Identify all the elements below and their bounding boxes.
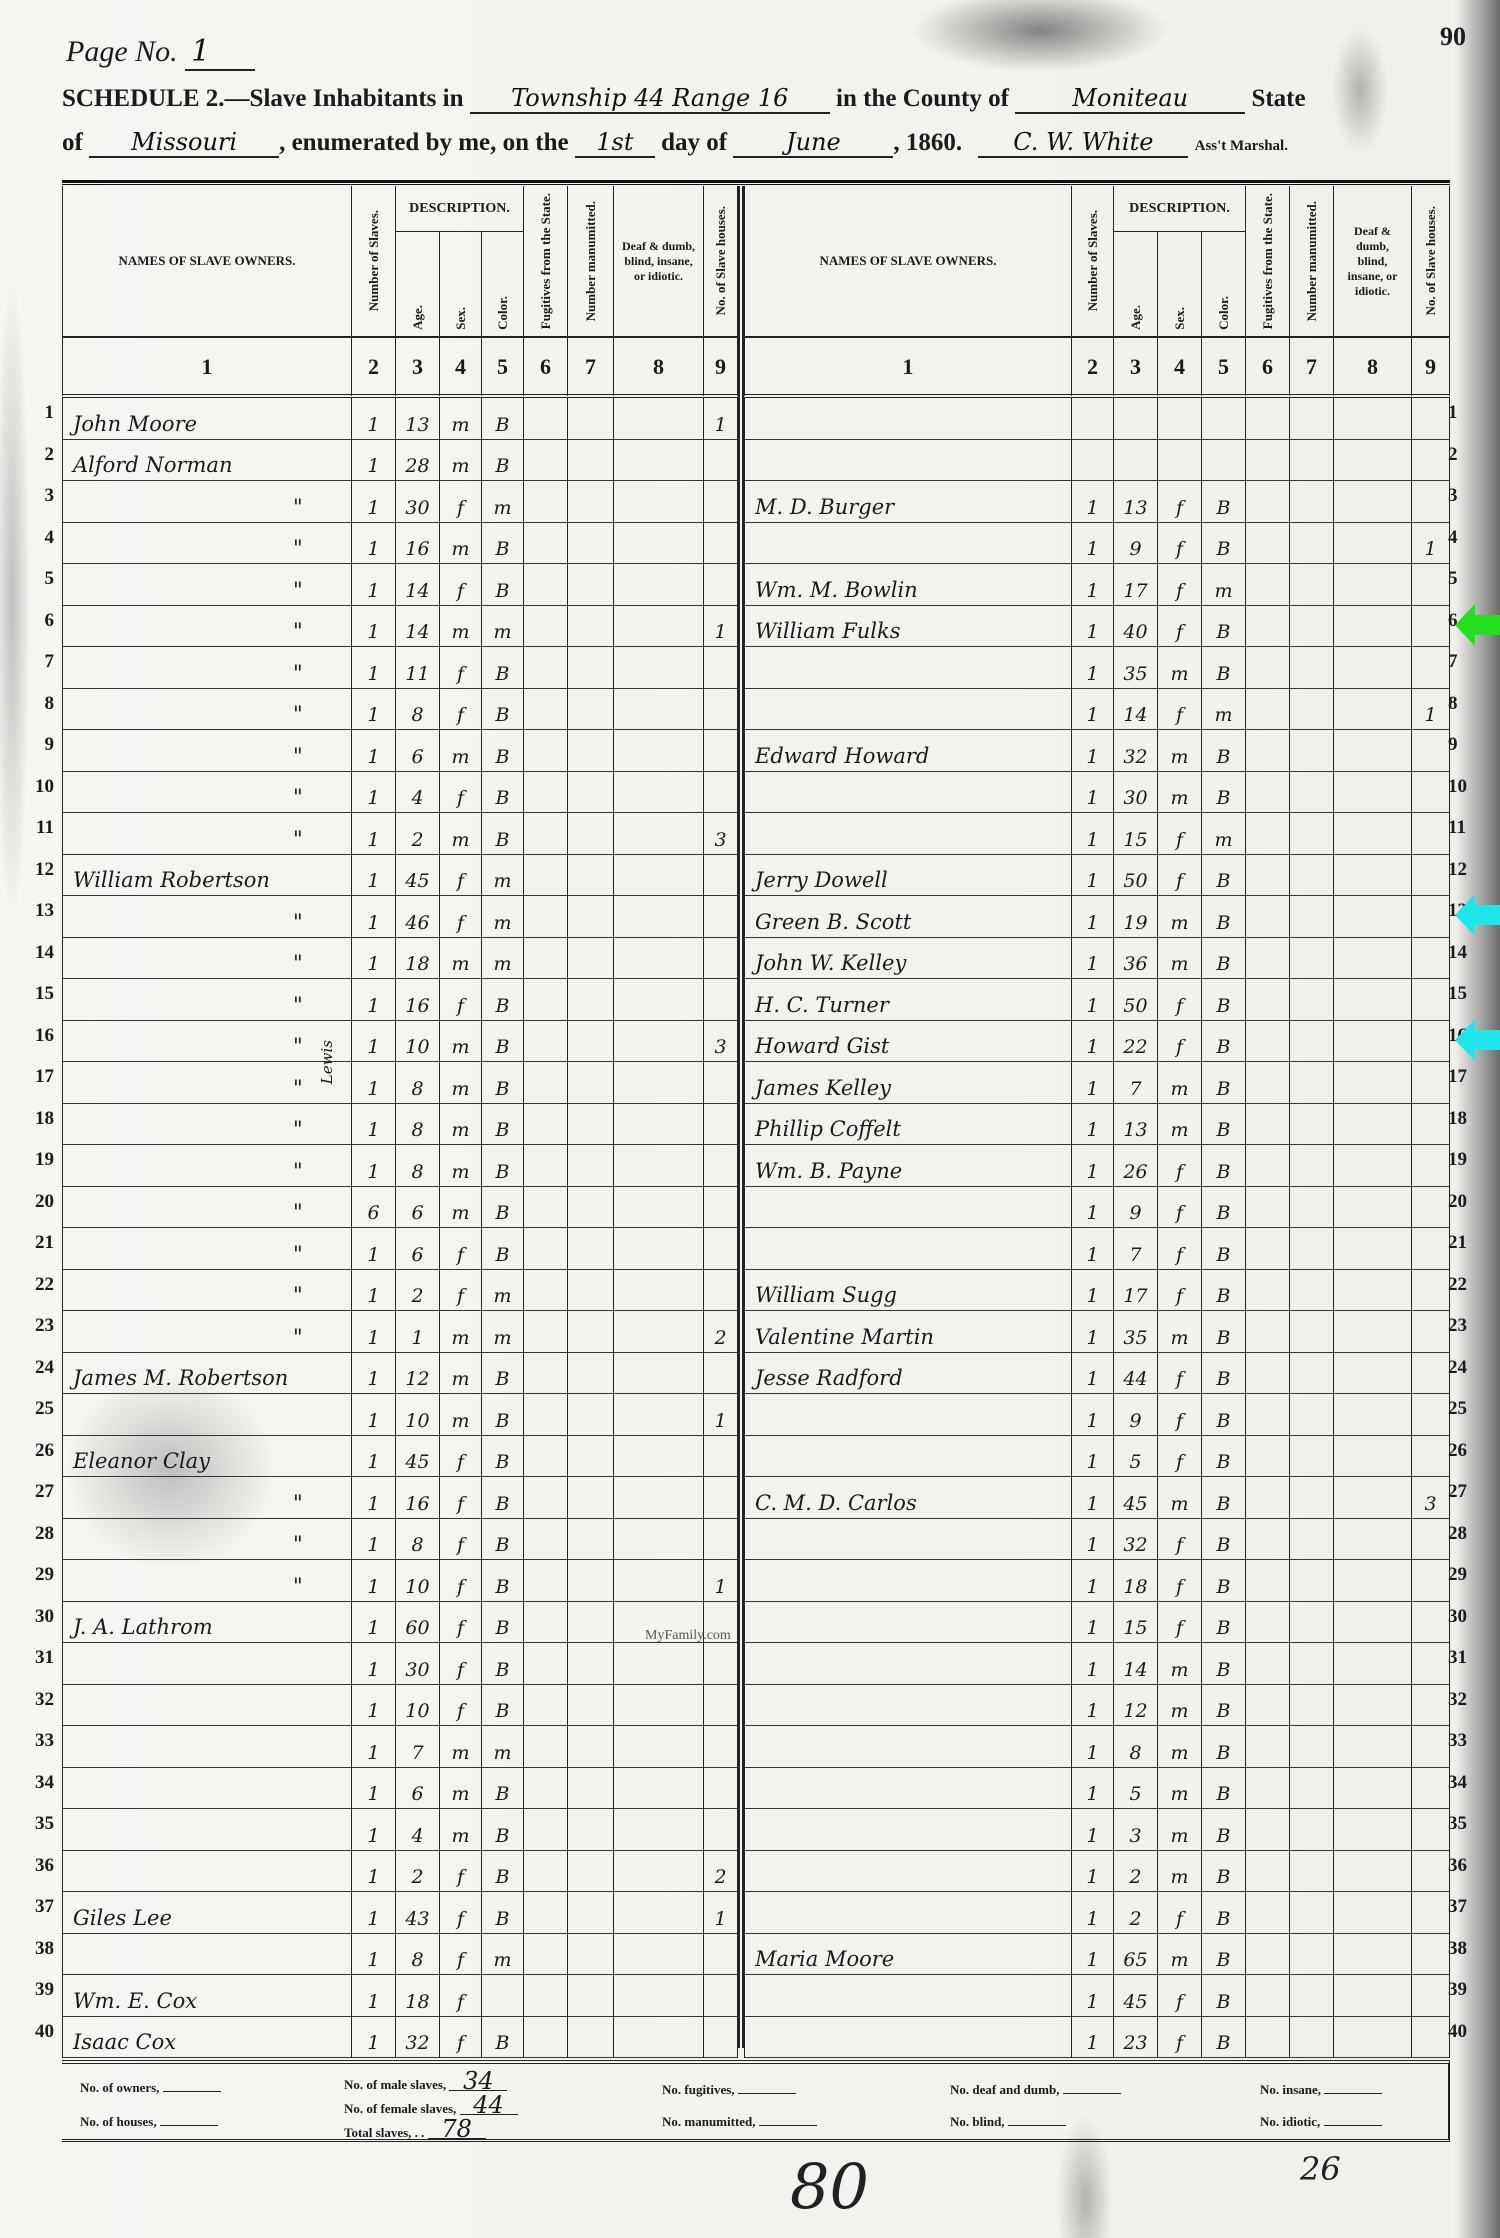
cell-num: 1 <box>1072 1270 1114 1312</box>
cell-houses <box>704 1228 738 1270</box>
header-number-of-slaves-text: Number of Slaves. <box>367 210 381 311</box>
cell-owner <box>744 772 1072 814</box>
header-fugitives: Fugitives from the State. <box>524 186 568 336</box>
cell-sex <box>1158 440 1202 482</box>
cell-houses <box>1412 1311 1450 1353</box>
cell-color: B <box>1202 855 1246 897</box>
cell-num: 1 <box>352 1643 396 1685</box>
cell-num: 1 <box>352 1602 396 1644</box>
cell-houses: 2 <box>704 1311 738 1353</box>
cell-fug <box>1246 1394 1290 1436</box>
header-manumitted: Number manumitted. <box>1290 186 1334 336</box>
cell-fug <box>1246 979 1290 1021</box>
cell-age: 16 <box>396 1477 440 1519</box>
cell-man <box>1290 1892 1334 1934</box>
male-value: 34 <box>449 2072 507 2091</box>
cell-color: B <box>1202 1270 1246 1312</box>
table-row: 19fB <box>744 1394 1450 1436</box>
cell-man <box>1290 1643 1334 1685</box>
cell-houses: 3 <box>1412 1477 1450 1519</box>
line-number-left: 33 <box>16 1730 54 1752</box>
line-number-left: 30 <box>16 1606 54 1628</box>
column-number: 2 <box>352 338 396 396</box>
header-sex-text: Sex. <box>454 307 468 330</box>
table-row: Howard Gist122fB <box>744 1021 1450 1063</box>
cell-houses: 1 <box>1412 523 1450 565</box>
cell-sex: f <box>1158 1602 1202 1644</box>
cell-owner: John W. Kelley <box>744 938 1072 980</box>
cell-sex: m <box>440 1353 482 1395</box>
cell-color: m <box>1202 689 1246 731</box>
cell-fug <box>524 564 568 606</box>
table-row: Phillip Coffelt113mB <box>744 1104 1450 1146</box>
header-fugitives: Fugitives from the State. <box>1246 186 1290 336</box>
page-number: Page No. 1 <box>66 34 255 71</box>
cell-age: 17 <box>1114 564 1158 606</box>
cell-deaf <box>614 564 704 606</box>
cell-num: 1 <box>352 647 396 689</box>
cell-num: 6 <box>352 1187 396 1229</box>
line-number-left: 10 <box>16 776 54 798</box>
cell-num: 1 <box>352 398 396 440</box>
cell-color: m <box>1202 564 1246 606</box>
cell-sex: m <box>440 1768 482 1810</box>
cell-man <box>568 398 614 440</box>
cell-man <box>568 979 614 1021</box>
cell-houses <box>704 689 738 731</box>
table-row: John Moore113mB1 <box>62 398 738 440</box>
cell-num: 1 <box>1072 1353 1114 1395</box>
table-row: "114mm1 <box>62 606 738 648</box>
cell-color <box>1202 440 1246 482</box>
cell-age: 30 <box>396 1643 440 1685</box>
cell-owner <box>62 1726 352 1768</box>
cell-deaf <box>1334 1311 1412 1353</box>
cell-num: 1 <box>1072 1975 1114 2017</box>
cell-owner: William Fulks <box>744 606 1072 648</box>
table-row: Valentine Martin135mB <box>744 1311 1450 1353</box>
cell-deaf <box>1334 564 1412 606</box>
line-number-right: 32 <box>1448 1689 1486 1711</box>
cell-houses <box>1412 1560 1450 1602</box>
cell-owner <box>744 1726 1072 1768</box>
cell-houses <box>1412 2017 1450 2059</box>
header-names: NAMES OF SLAVE OWNERS. <box>744 186 1072 336</box>
line-number-right: 14 <box>1448 942 1486 964</box>
line-number-right: 9 <box>1448 734 1486 756</box>
cell-fug <box>1246 1062 1290 1104</box>
cell-man <box>568 1104 614 1146</box>
table-row: William Fulks140fB <box>744 606 1450 648</box>
header-description: DESCRIPTION. <box>396 186 524 232</box>
cell-man <box>1290 979 1334 1021</box>
cell-color: B <box>482 813 524 855</box>
cell-num: 1 <box>1072 1643 1114 1685</box>
column-number: 1 <box>744 338 1072 396</box>
cell-fug <box>1246 564 1290 606</box>
cell-man <box>1290 1228 1334 1270</box>
cell-num: 1 <box>1072 1187 1114 1229</box>
line-number-right: 21 <box>1448 1232 1486 1254</box>
cell-color: m <box>482 1270 524 1312</box>
day-field: 1st <box>575 128 655 158</box>
line-number-left: 24 <box>16 1357 54 1379</box>
cell-fug <box>1246 1809 1290 1851</box>
cell-color: B <box>1202 1560 1246 1602</box>
cell-color: m <box>482 1726 524 1768</box>
table-row: 19fB1 <box>744 523 1450 565</box>
cell-owner: Wm. B. Payne <box>744 1145 1072 1187</box>
cell-owner: M. D. Burger <box>744 481 1072 523</box>
cell-fug <box>1246 2017 1290 2059</box>
line-number-left: 15 <box>16 983 54 1005</box>
cell-num: 1 <box>1072 523 1114 565</box>
line-number-right: 24 <box>1448 1357 1486 1379</box>
cell-num: 1 <box>1072 1892 1114 1934</box>
cell-deaf <box>614 1062 704 1104</box>
cell-man <box>1290 855 1334 897</box>
cell-color: B <box>1202 1726 1246 1768</box>
cell-fug <box>1246 1768 1290 1810</box>
cell-color: B <box>1202 772 1246 814</box>
line-number-right: 25 <box>1448 1398 1486 1420</box>
cell-owner: " <box>62 523 352 565</box>
cell-color: B <box>1202 1643 1246 1685</box>
cell-fug <box>524 647 568 689</box>
cell-num: 1 <box>352 772 396 814</box>
cell-fug <box>1246 1187 1290 1229</box>
cell-age: 9 <box>1114 1187 1158 1229</box>
header-age: Age. <box>396 232 440 336</box>
cell-fug <box>524 1809 568 1851</box>
cell-man <box>568 564 614 606</box>
cell-houses <box>704 1145 738 1187</box>
cell-sex: m <box>1158 1934 1202 1976</box>
header-description: DESCRIPTION. <box>1114 186 1246 232</box>
table-row: "12fm <box>62 1270 738 1312</box>
cell-fug <box>524 1975 568 2017</box>
cell-sex: m <box>440 1311 482 1353</box>
cell-num: 1 <box>1072 689 1114 731</box>
cell-age: 7 <box>1114 1062 1158 1104</box>
cell-color: B <box>482 1145 524 1187</box>
line-number-left: 22 <box>16 1274 54 1296</box>
marshal-field: C. W. White <box>978 128 1188 158</box>
cell-fug <box>524 689 568 731</box>
idiotic-summary: No. idiotic, <box>1260 2114 1382 2130</box>
cell-sex: f <box>440 1975 482 2017</box>
cell-age: 45 <box>1114 1975 1158 2017</box>
line-number-left: 16 <box>16 1025 54 1047</box>
cell-deaf <box>1334 1353 1412 1395</box>
state-field: Missouri <box>89 128 279 158</box>
cell-age: 10 <box>396 1685 440 1727</box>
table-row: Giles Lee143fB1 <box>62 1892 738 1934</box>
cell-deaf <box>1334 813 1412 855</box>
header-houses: No. of Slave houses. <box>1412 186 1450 336</box>
cell-age: 36 <box>1114 938 1158 980</box>
cell-num: 1 <box>352 689 396 731</box>
cell-houses <box>704 1643 738 1685</box>
cell-owner <box>744 1643 1072 1685</box>
header-manumitted: Number manumitted. <box>568 186 614 336</box>
table-row: William Sugg117fB <box>744 1270 1450 1312</box>
line-number-left: 37 <box>16 1896 54 1918</box>
cell-man <box>1290 440 1334 482</box>
table-row: "18fB <box>62 689 738 731</box>
cell-man <box>568 1851 614 1893</box>
cell-age: 4 <box>396 1809 440 1851</box>
cell-fug <box>1246 1851 1290 1893</box>
cell-houses <box>1412 1726 1450 1768</box>
cell-houses <box>1412 1602 1450 1644</box>
table-row: Wm. E. Cox118f <box>62 1975 738 2017</box>
header-color-text: Color. <box>496 296 510 330</box>
year-label: , 1860. <box>893 129 962 156</box>
cell-color: B <box>1202 896 1246 938</box>
cell-houses <box>704 523 738 565</box>
table-row: 132fB <box>744 1519 1450 1561</box>
cell-houses: 3 <box>704 813 738 855</box>
cell-sex: f <box>1158 1270 1202 1312</box>
cell-color: B <box>482 1394 524 1436</box>
cell-deaf <box>614 1394 704 1436</box>
table-row: 15mB <box>744 1768 1450 1810</box>
cell-houses <box>704 1975 738 2017</box>
cell-owner <box>62 1851 352 1893</box>
line-number-left: 27 <box>16 1481 54 1503</box>
cell-age: 45 <box>1114 1477 1158 1519</box>
cell-num: 1 <box>352 979 396 1021</box>
column-number: 9 <box>1412 338 1450 396</box>
cell-sex: m <box>440 1021 482 1063</box>
cell-man <box>1290 896 1334 938</box>
cell-man <box>1290 2017 1334 2059</box>
cell-sex: f <box>440 1934 482 1976</box>
cell-age: 26 <box>1114 1145 1158 1187</box>
line-number-left: 36 <box>16 1855 54 1877</box>
table-row: 12mB <box>744 1851 1450 1893</box>
line-number-left: 25 <box>16 1398 54 1420</box>
cell-age: 8 <box>396 1062 440 1104</box>
cell-sex: f <box>1158 979 1202 1021</box>
cell-age: 6 <box>396 1768 440 1810</box>
cell-deaf <box>614 398 704 440</box>
cell-age: 13 <box>396 398 440 440</box>
cell-age: 15 <box>1114 813 1158 855</box>
table-row: 14mB <box>62 1809 738 1851</box>
column-number: 5 <box>1202 338 1246 396</box>
cell-age: 17 <box>1114 1270 1158 1312</box>
header-fugitives-text: Fugitives from the State. <box>539 193 553 329</box>
cell-num: 1 <box>1072 1768 1114 1810</box>
idiotic-label: No. idiotic, <box>1260 2114 1320 2129</box>
cell-fug <box>1246 855 1290 897</box>
line-number-right: 15 <box>1448 983 1486 1005</box>
cell-num: 1 <box>352 1726 396 1768</box>
cell-owner: " <box>62 1270 352 1312</box>
cell-man <box>568 1643 614 1685</box>
cell-age <box>1114 398 1158 440</box>
cell-fug <box>524 398 568 440</box>
cell-num <box>1072 398 1114 440</box>
cell-fug <box>1246 1892 1290 1934</box>
table-row: 12fB2 <box>62 1851 738 1893</box>
cell-owner: " <box>62 1104 352 1146</box>
cell-owner: " <box>62 606 352 648</box>
cell-deaf <box>1334 1394 1412 1436</box>
cell-man <box>1290 1270 1334 1312</box>
manumitted-label: No. manumitted, <box>662 2114 756 2129</box>
cell-deaf <box>614 689 704 731</box>
cell-age: 8 <box>396 1104 440 1146</box>
line-number-right: 19 <box>1448 1149 1486 1171</box>
cell-owner: " <box>62 938 352 980</box>
cell-owner: Giles Lee <box>62 1892 352 1934</box>
cell-owner: " <box>62 1311 352 1353</box>
cell-deaf <box>1334 1726 1412 1768</box>
cell-num: 1 <box>1072 1477 1114 1519</box>
cell-age: 6 <box>396 1228 440 1270</box>
header-deaf: Deaf & dumb, blind, insane, or idiotic. <box>1334 186 1412 336</box>
cell-fug <box>524 979 568 1021</box>
cell-owner: " <box>62 813 352 855</box>
column-number: 8 <box>1334 338 1412 396</box>
cell-owner: Jerry Dowell <box>744 855 1072 897</box>
cell-fug <box>524 1934 568 1976</box>
cell-deaf <box>1334 1685 1412 1727</box>
cell-color: B <box>1202 647 1246 689</box>
column-number: 2 <box>1072 338 1114 396</box>
cell-owner: " <box>62 896 352 938</box>
cell-color: B <box>1202 1934 1246 1976</box>
cell-num: 1 <box>1072 1602 1114 1644</box>
cell-deaf <box>614 1851 704 1893</box>
cell-deaf <box>614 1519 704 1561</box>
cell-deaf <box>1334 440 1412 482</box>
cell-sex: m <box>440 398 482 440</box>
cell-fug <box>1246 1104 1290 1146</box>
cell-color: B <box>482 1892 524 1934</box>
table-row: 17mm <box>62 1726 738 1768</box>
enumeration-line: of Missouri, enumerated by me, on the 1s… <box>62 128 1288 158</box>
header-age-text: Age. <box>411 305 425 330</box>
cell-color: B <box>1202 730 1246 772</box>
line-number-left: 9 <box>16 734 54 756</box>
cell-num: 1 <box>1072 1436 1114 1478</box>
table-row: 114mB <box>744 1643 1450 1685</box>
cell-age: 32 <box>1114 1519 1158 1561</box>
cell-houses <box>704 772 738 814</box>
cell-num: 1 <box>352 1104 396 1146</box>
header-age: Age. <box>1114 232 1158 336</box>
table-row: Green B. Scott119mB <box>744 896 1450 938</box>
cell-fug <box>524 1021 568 1063</box>
cell-deaf <box>614 1685 704 1727</box>
cell-fug <box>1246 896 1290 938</box>
table-row: 130fB <box>62 1643 738 1685</box>
schedule-table: NAMES OF SLAVE OWNERS.Number of Slaves.D… <box>62 180 1450 2060</box>
cell-man <box>568 523 614 565</box>
cell-houses: 1 <box>704 1892 738 1934</box>
cell-color: B <box>1202 1477 1246 1519</box>
cell-fug <box>524 896 568 938</box>
cell-man <box>568 1394 614 1436</box>
cell-deaf <box>1334 1228 1412 1270</box>
cell-sex: f <box>1158 523 1202 565</box>
page-number-value: 1 <box>185 34 255 71</box>
cell-color: B <box>482 1104 524 1146</box>
cell-age: 30 <box>396 481 440 523</box>
table-top-rule <box>62 180 1450 185</box>
cell-deaf <box>1334 1477 1412 1519</box>
houses-value <box>160 2125 218 2126</box>
cell-sex: f <box>440 772 482 814</box>
cell-age: 13 <box>1114 481 1158 523</box>
cell-age: 14 <box>396 606 440 648</box>
header-sex: Sex. <box>440 232 482 336</box>
cell-color: B <box>482 1643 524 1685</box>
cell-age: 1 <box>396 1311 440 1353</box>
table-row: 15fB <box>744 1436 1450 1478</box>
cell-sex: m <box>1158 1726 1202 1768</box>
line-number-left: 11 <box>16 817 54 839</box>
cell-fug <box>1246 481 1290 523</box>
header-color: Color. <box>1202 232 1246 336</box>
cell-num: 1 <box>1072 1228 1114 1270</box>
cell-owner: " <box>62 647 352 689</box>
cell-age: 6 <box>396 1187 440 1229</box>
cell-fug <box>524 1892 568 1934</box>
cell-man <box>568 647 614 689</box>
cell-color: B <box>1202 1394 1246 1436</box>
cell-sex: m <box>440 1104 482 1146</box>
cell-man <box>568 440 614 482</box>
cell-man <box>568 481 614 523</box>
cell-sex: f <box>440 481 482 523</box>
table-row: 110fB <box>62 1685 738 1727</box>
cell-age: 60 <box>396 1602 440 1644</box>
cell-sex: m <box>1158 896 1202 938</box>
cell-age: 18 <box>396 938 440 980</box>
cell-man <box>1290 647 1334 689</box>
cell-houses <box>704 1104 738 1146</box>
cell-sex: f <box>440 647 482 689</box>
column-number: 3 <box>396 338 440 396</box>
cell-color: B <box>1202 1228 1246 1270</box>
cell-num: 1 <box>1072 979 1114 1021</box>
line-number-right: 18 <box>1448 1108 1486 1130</box>
cell-fug <box>1246 1021 1290 1063</box>
cell-houses <box>1412 1851 1450 1893</box>
cell-deaf <box>614 1768 704 1810</box>
cell-sex: f <box>1158 606 1202 648</box>
cell-deaf <box>1334 1062 1412 1104</box>
cell-fug <box>524 1477 568 1519</box>
cell-fug <box>524 813 568 855</box>
cell-houses: 1 <box>704 606 738 648</box>
fugitives-summary: No. fugitives, <box>662 2082 796 2098</box>
cell-deaf <box>614 1975 704 2017</box>
cell-num: 1 <box>352 1477 396 1519</box>
cell-owner: " <box>62 979 352 1021</box>
cell-age: 28 <box>396 440 440 482</box>
cell-age: 9 <box>1114 523 1158 565</box>
table-row: "18mB <box>62 1062 738 1104</box>
cell-owner <box>744 1768 1072 1810</box>
cell-owner: " <box>62 1560 352 1602</box>
table-row: 16mB <box>62 1768 738 1810</box>
